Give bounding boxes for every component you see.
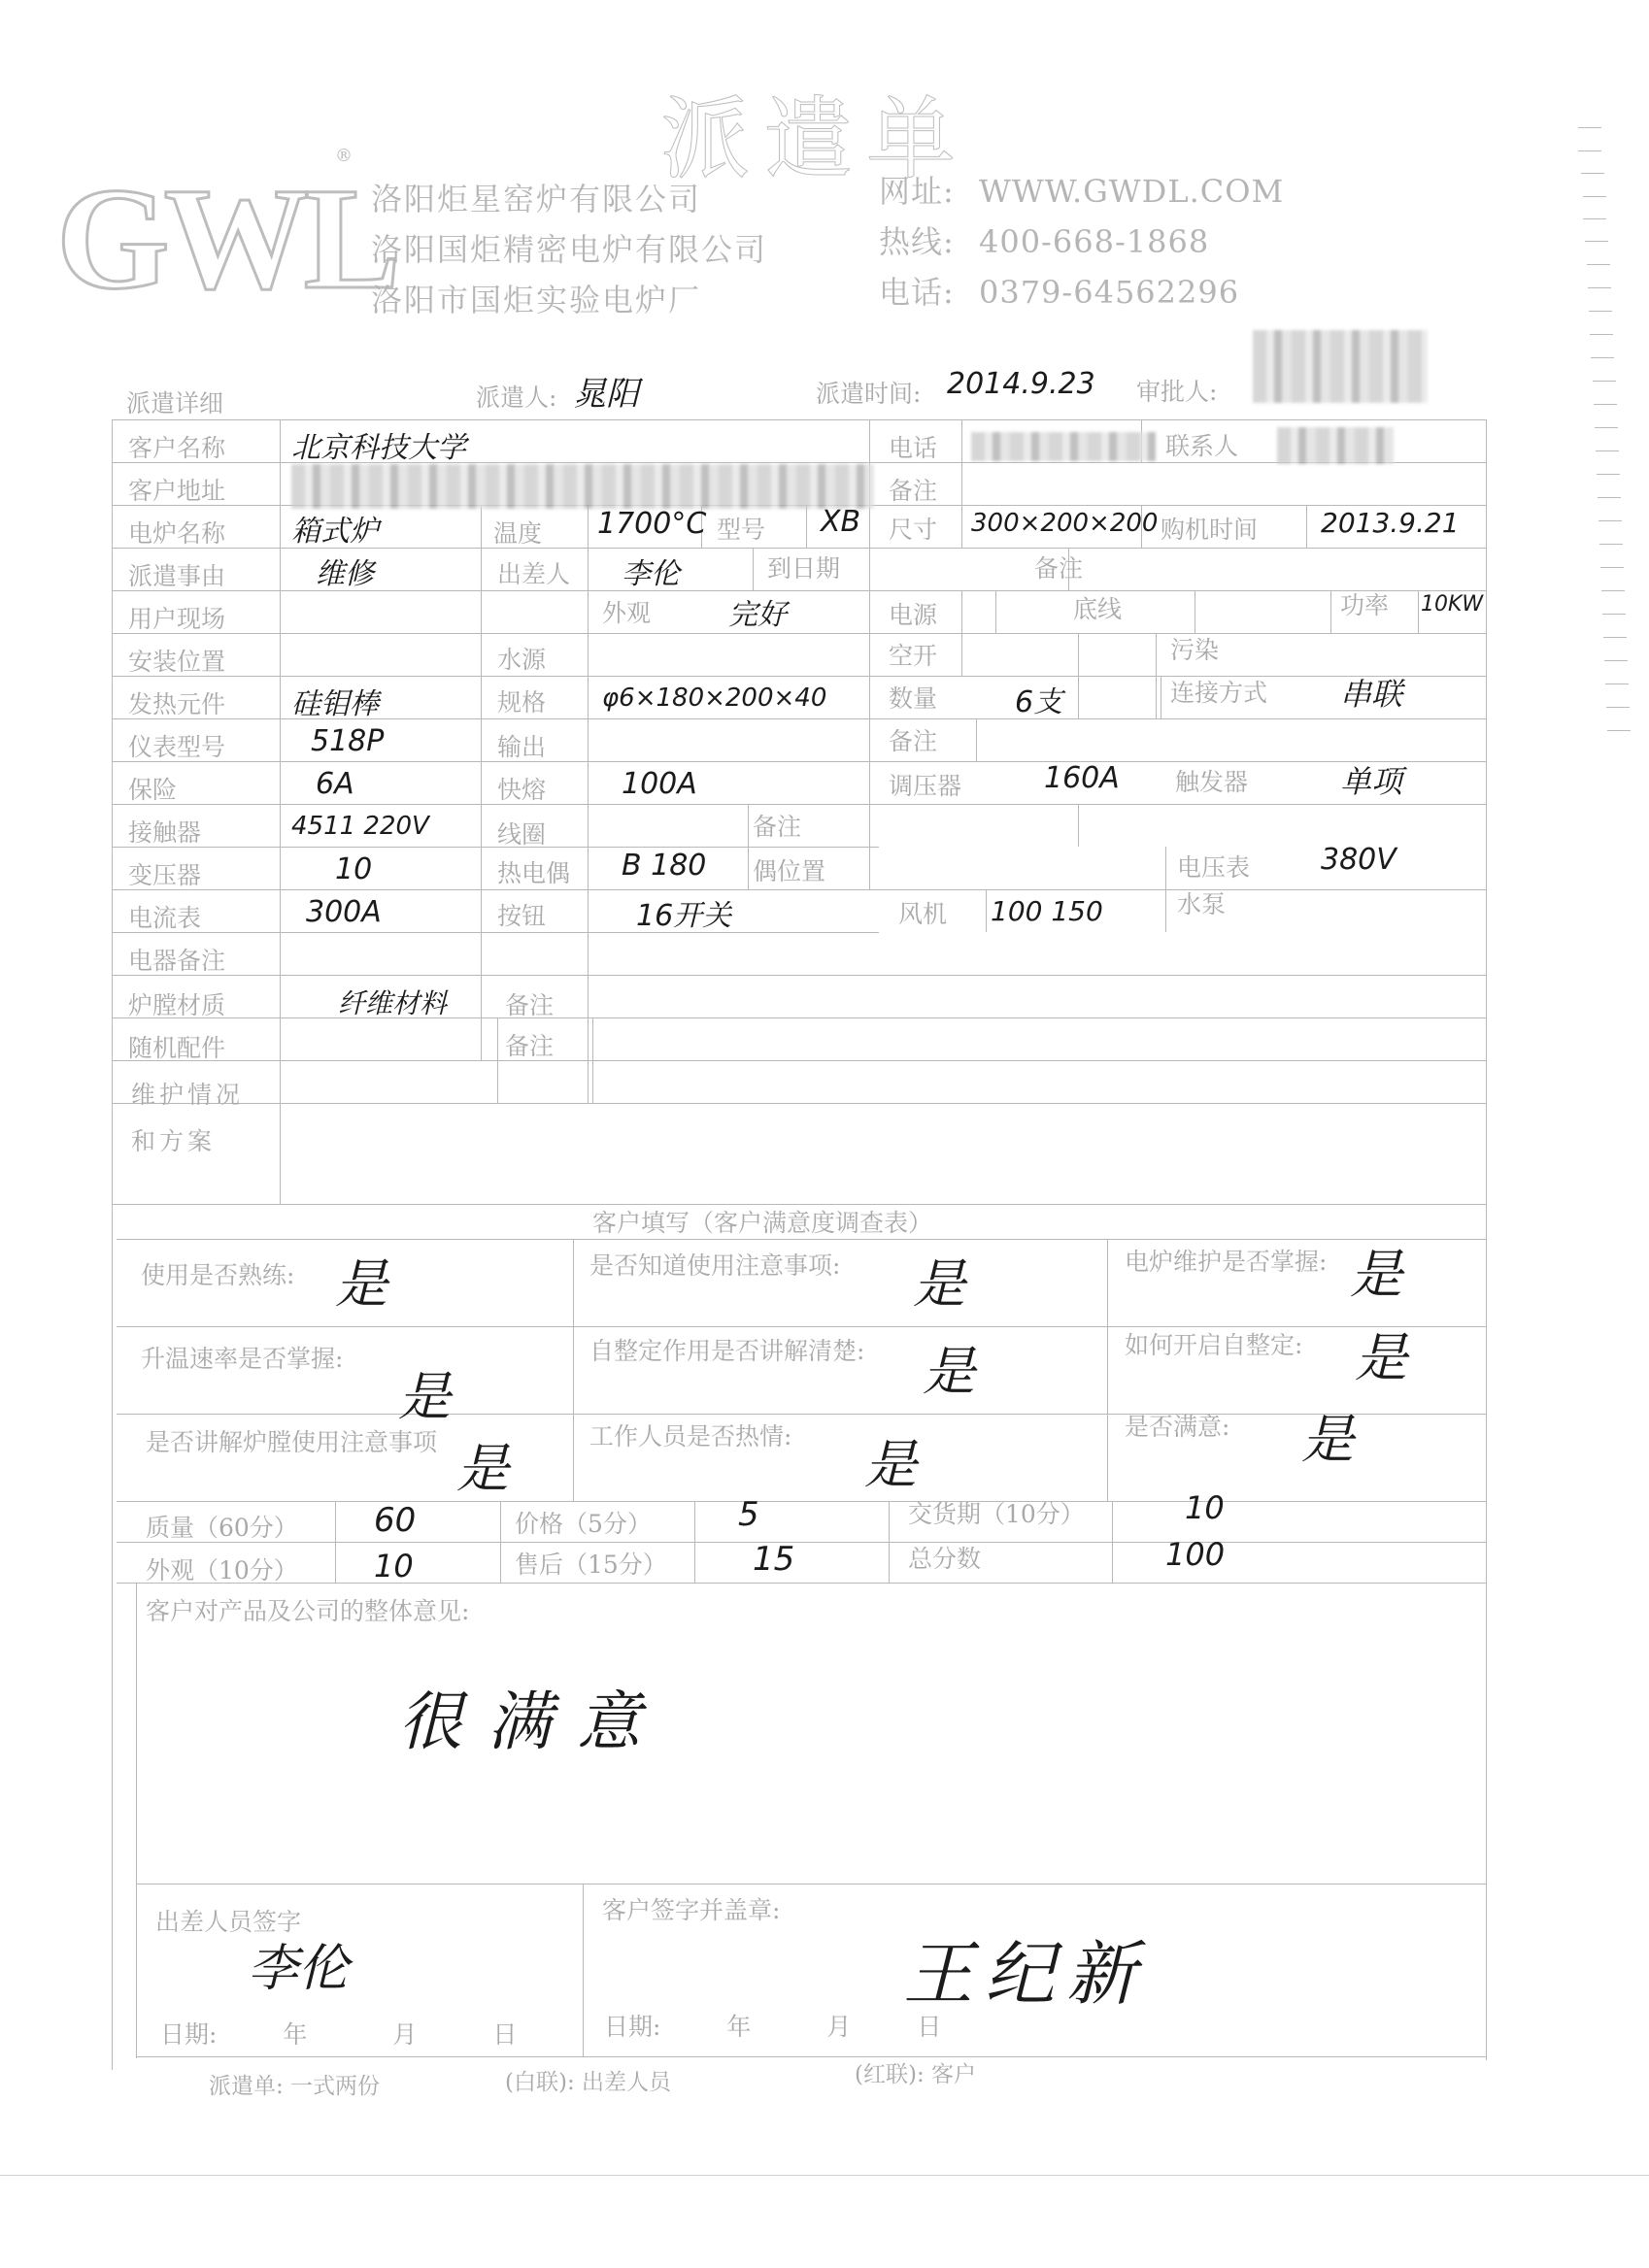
water-source-label: 水源: [497, 641, 546, 676]
accessories-note-label: 备注: [505, 1027, 554, 1062]
dispatcher-label: 派遣人:: [476, 379, 556, 414]
install-location-label: 安装位置: [128, 643, 225, 678]
trigger-label: 触发器: [1175, 763, 1248, 798]
furnace-name-label: 电炉名称: [128, 515, 225, 550]
output-label: 输出: [497, 728, 546, 763]
dispatch-time-value: 2014.9.23: [947, 367, 1095, 401]
score-quality-label: 质量（60分）: [146, 1509, 298, 1544]
score-total-value: 100: [1165, 1536, 1225, 1573]
regulator-value: 160A: [1044, 761, 1120, 795]
score-price-value: 5: [738, 1495, 759, 1534]
dispatch-reason-label: 派遣事由: [128, 557, 225, 592]
approver-label: 审批人:: [1136, 373, 1217, 408]
survey-q9-answer: 是: [1301, 1398, 1354, 1473]
traveler-value: 李伦: [622, 550, 680, 592]
dispatch-time-label: 派遣时间:: [816, 375, 921, 410]
quantity-label: 数量: [889, 680, 937, 715]
pollution-label: 污染: [1170, 631, 1219, 666]
fuse-value: 6A: [316, 767, 354, 801]
chamber-material-label: 炉膛材质: [128, 986, 225, 1021]
model-value: XB: [821, 505, 860, 539]
phone-value: 0379-64562296: [979, 274, 1239, 311]
regulator-label: 调压器: [889, 767, 961, 802]
survey-q8-label: 工作人员是否热情:: [589, 1417, 791, 1452]
company-name-1: 洛阳炬星窑炉有限公司: [371, 175, 701, 219]
score-quality-value: 60: [374, 1501, 416, 1540]
voltmeter-value: 380V: [1321, 843, 1397, 877]
phone-redacted: [971, 432, 1156, 461]
pump-label: 水泵: [1177, 885, 1226, 920]
survey-q2-answer: 是: [913, 1243, 965, 1317]
ammeter-value: 300A: [306, 895, 382, 929]
customer-address-redacted: [291, 464, 874, 509]
maintenance-label-1: 维护情况: [131, 1076, 244, 1111]
survey-q6-label: 如何开启自整定:: [1125, 1326, 1302, 1361]
appearance-label: 外观: [602, 594, 651, 629]
thermocouple-value: B 180: [622, 849, 706, 883]
phone-field-label: 电话: [889, 429, 937, 464]
footer-white-copy: (白联): 出差人员: [505, 2064, 671, 2096]
survey-q5-answer: 是: [923, 1330, 975, 1405]
dispatcher-value: 晁阳: [573, 367, 639, 415]
registered-mark-icon: ®: [335, 146, 353, 166]
score-delivery-value: 10: [1185, 1489, 1225, 1526]
transformer-value: 10: [335, 852, 372, 886]
fan-label: 风机: [898, 895, 947, 930]
fan-value: 100 150: [991, 895, 1103, 927]
purchase-time-label: 购机时间: [1161, 511, 1258, 546]
coil-note-label: 备注: [753, 808, 801, 843]
survey-q7-label: 是否讲解炉膛使用注意事项: [146, 1423, 437, 1458]
contactor-label: 接触器: [128, 814, 201, 849]
dispatch-detail-label: 派遣详细: [126, 384, 223, 419]
button-label: 按钮: [497, 897, 546, 932]
phone-label: 电话:: [879, 274, 955, 311]
survey-q3-label: 电炉维护是否掌握:: [1125, 1243, 1327, 1278]
score-delivery-label: 交货期（10分）: [908, 1495, 1085, 1530]
company-name-3: 洛阳市国炬实验电炉厂: [371, 276, 701, 320]
spec-label: 规格: [497, 684, 546, 718]
hotline-label: 热线:: [879, 223, 955, 260]
hotline-line: 热线: 400-668-1868: [879, 217, 1209, 262]
contact-label: 联系人: [1165, 427, 1238, 462]
contactor-value: 4511 220V: [291, 812, 429, 841]
survey-q5-label: 自整定作用是否讲解清楚:: [589, 1332, 864, 1367]
arrival-note-label: 备注: [1034, 550, 1083, 584]
overall-comment-value: 很满意: [398, 1670, 666, 1762]
appearance-value: 完好: [728, 590, 787, 633]
fast-fuse-label: 快熔: [497, 771, 546, 806]
survey-q8-answer: 是: [864, 1423, 917, 1498]
arrival-date-label: 到日期: [767, 550, 840, 584]
electrical-note-label: 电器备注: [128, 942, 225, 977]
customer-address-label: 客户地址: [128, 472, 225, 507]
thermocouple-label: 热电偶: [497, 854, 570, 889]
traveler-date-label: 日期: 年 月 日: [160, 2016, 517, 2051]
survey-q6-answer: 是: [1355, 1317, 1407, 1391]
model-label: 型号: [717, 511, 765, 546]
spec-value: φ6×180×200×40: [602, 684, 826, 713]
company-name-2: 洛阳国炬精密电炉有限公司: [371, 225, 767, 270]
score-price-label: 价格（5分）: [515, 1505, 652, 1540]
contact-redacted: [1277, 427, 1394, 464]
element-note-label: 备注: [889, 722, 937, 757]
approver-redacted: [1253, 330, 1428, 403]
chamber-note-label: 备注: [505, 986, 554, 1021]
transformer-label: 变压器: [128, 856, 201, 891]
heating-element-value: 硅钼棒: [291, 680, 379, 722]
power-value: 10KW: [1421, 592, 1483, 617]
score-appearance-label: 外观（10分）: [146, 1551, 298, 1586]
button-value: 16开关: [636, 891, 731, 934]
user-site-label: 用户现场: [128, 600, 225, 635]
gwl-logo: GWL: [56, 155, 395, 322]
customer-signature: 王纪新: [903, 1918, 1148, 2018]
website-value: WWW.GWDL.COM: [979, 173, 1284, 210]
survey-q1-answer: 是: [335, 1243, 387, 1317]
footer-copies: 派遣单: 一式两份: [209, 2068, 380, 2100]
survey-q9-label: 是否满意:: [1125, 1408, 1229, 1443]
customer-date-label: 日期: 年 月 日: [604, 2008, 941, 2043]
accessories-label: 随机配件: [128, 1029, 225, 1064]
website-label: 网址:: [879, 173, 955, 210]
chamber-material-value: 纤维材料: [338, 983, 447, 1021]
survey-q2-label: 是否知道使用注意事项:: [589, 1247, 840, 1282]
overall-comment-label: 客户对产品及公司的整体意见:: [146, 1592, 469, 1627]
score-aftersales-value: 15: [753, 1540, 794, 1579]
furnace-name-value: 箱式炉: [291, 507, 379, 550]
connection-value: 串联: [1340, 670, 1402, 715]
maintenance-label-2: 和方案: [131, 1122, 216, 1157]
voltmeter-label: 电压表: [1177, 849, 1250, 884]
phone-line: 电话: 0379-64562296: [879, 268, 1239, 313]
connection-label: 连接方式: [1170, 674, 1267, 709]
ground-wire-label: 底线: [1073, 590, 1122, 625]
power-label: 功率: [1340, 586, 1389, 621]
fast-fuse-value: 100A: [622, 767, 697, 801]
size-label: 尺寸: [889, 511, 937, 546]
ammeter-label: 电流表: [128, 899, 201, 934]
fuse-label: 保险: [128, 771, 177, 806]
survey-q3-answer: 是: [1350, 1233, 1402, 1308]
heating-element-label: 发热元件: [128, 685, 225, 720]
couple-position-label: 偶位置: [753, 852, 825, 887]
meter-model-label: 仪表型号: [128, 728, 225, 763]
website-line: 网址: WWW.GWDL.COM: [879, 167, 1284, 212]
temperature-label: 温度: [493, 515, 542, 550]
customer-signature-label: 客户签字并盖章:: [602, 1891, 780, 1926]
survey-q7-answer: 是: [456, 1427, 509, 1502]
survey-q4-label: 升温速率是否掌握:: [141, 1340, 343, 1375]
traveler-signature: 李伦: [248, 1927, 349, 2000]
dispatch-reason-value: 维修: [316, 550, 374, 592]
purchase-time-value: 2013.9.21: [1321, 507, 1460, 539]
quantity-value: 6支: [1015, 678, 1062, 720]
survey-title: 客户填写（客户满意度调查表）: [592, 1204, 932, 1239]
trigger-value: 单项: [1340, 757, 1402, 802]
score-appearance-value: 10: [374, 1548, 414, 1584]
address-note-label: 备注: [889, 472, 937, 507]
customer-name-label: 客户名称: [128, 429, 225, 464]
temperature-value: 1700°C: [597, 507, 706, 541]
footer-red-copy: (红联): 客户: [855, 2056, 976, 2088]
size-value: 300×200×200: [971, 509, 1158, 538]
hotline-value: 400-668-1868: [979, 223, 1209, 260]
score-total-label: 总分数: [908, 1540, 981, 1575]
score-aftersales-label: 售后（15分）: [515, 1546, 667, 1581]
meter-model-value: 518P: [311, 724, 384, 758]
survey-q1-label: 使用是否熟练:: [141, 1256, 294, 1291]
traveler-label: 出差人: [497, 555, 570, 590]
survey-q4-answer: 是: [398, 1355, 451, 1430]
coil-label: 线圈: [497, 816, 546, 850]
breaker-label: 空开: [889, 637, 937, 672]
power-source-label: 电源: [889, 596, 937, 631]
customer-name-value: 北京科技大学: [291, 423, 466, 466]
